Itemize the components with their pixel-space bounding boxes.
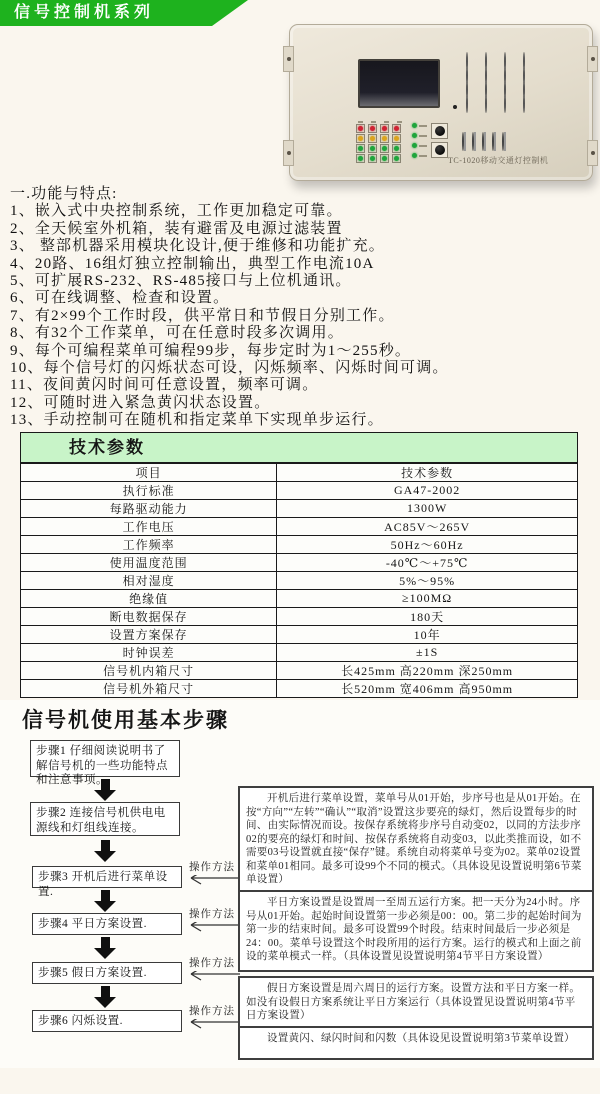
table-row: 信号机外箱尺寸长520mm 宽406mm 高950mm bbox=[21, 680, 577, 698]
feature-item: 12、可随时进入紧急黄闪状态设置。 bbox=[10, 395, 480, 412]
table-row: 时钟误差±1S bbox=[21, 644, 577, 662]
tech-params-title: 技术参数 bbox=[21, 433, 577, 463]
feature-item: 9、每个可编程菜单可编程99步，每步定时为1～255秒。 bbox=[10, 343, 480, 360]
feature-item: 3、 整部机器采用模块化设计,便于维修和功能扩充。 bbox=[10, 238, 480, 255]
table-row: 设置方案保存10年 bbox=[21, 626, 577, 644]
feature-item: 8、有32个工作菜单，可在任意时段多次调用。 bbox=[10, 325, 480, 342]
tech-params-section: 技术参数 项目技术参数 执行标准GA47-2002 每路驱动能力1300W 工作… bbox=[20, 432, 578, 698]
device-function-buttons bbox=[462, 133, 506, 151]
signal-led-grid bbox=[356, 121, 402, 164]
series-banner: 信号控制机系列 bbox=[0, 0, 212, 26]
table-row: 断电数据保存180天 bbox=[21, 608, 577, 626]
arrow-left-icon bbox=[184, 875, 240, 887]
feature-item: 7、有2×99个工作时段，供平常日和节假日分别工作。 bbox=[10, 308, 480, 325]
arrow-down-icon bbox=[94, 779, 116, 801]
feature-list: 一.功能与特点: 1、嵌入式中央控制系统，工作更加稳定可靠。 2、全天候室外机箱… bbox=[10, 186, 480, 430]
step-box-4: 步骤4 平日方案设置. bbox=[32, 913, 182, 935]
note-box-weekday-plan: 平日方案设置是设置周一至周五运行方案。把一天分为24小时。序号从01开始。起始时… bbox=[238, 890, 594, 972]
arrow-down-icon bbox=[94, 937, 116, 959]
device-model-label: TC-1020移动交通灯控制机 bbox=[448, 155, 558, 166]
device-keypad bbox=[466, 53, 536, 109]
method-connector: 操作方法 bbox=[184, 859, 240, 892]
feature-item: 13、手动控制可在随机和指定菜单下实现单步运行。 bbox=[10, 412, 480, 429]
feature-item: 4、20路、16组灯独立控制输出，典型工作电流10A bbox=[10, 256, 480, 273]
feature-item: 1、嵌入式中央控制系统，工作更加稳定可靠。 bbox=[10, 203, 480, 220]
series-title: 信号控制机系列 bbox=[0, 0, 212, 26]
method-label: 操作方法 bbox=[184, 859, 240, 874]
feature-item: 2、全天候室外机箱，装有避雷及电源过滤装置 bbox=[10, 221, 480, 238]
arrow-down-icon bbox=[94, 840, 116, 862]
step-box-5: 步骤5 假日方案设置. bbox=[32, 962, 182, 984]
arrow-down-icon bbox=[94, 986, 116, 1008]
table-row: 信号机内箱尺寸长425mm 高220mm 深250mm bbox=[21, 662, 577, 680]
feature-item: 6、可在线调整、检查和设置。 bbox=[10, 290, 480, 307]
feature-item: 10、每个信号灯的闪烁状态可设，闪烁频率、闪烁时间可调。 bbox=[10, 360, 480, 377]
feature-item: 11、夜间黄闪时间可任意设置，频率可调。 bbox=[10, 377, 480, 394]
table-row: 使用温度范围-40℃～+75℃ bbox=[21, 554, 577, 572]
method-connector: 操作方法 bbox=[184, 955, 240, 988]
table-row: 每路驱动能力1300W bbox=[21, 500, 577, 518]
note-box-menu-setting: 开机后进行菜单设置，菜单号从01开始，步序号也是从01开始。在按“方向”“左转”… bbox=[238, 786, 594, 893]
arrow-left-icon bbox=[184, 1019, 240, 1031]
method-connector: 操作方法 bbox=[184, 906, 240, 939]
document-page: 信号控制机系列 bbox=[0, 0, 600, 1094]
device-lcd-screen bbox=[358, 59, 440, 108]
status-led-column bbox=[412, 123, 427, 163]
product-photo: TC-1020移动交通灯控制机 bbox=[283, 22, 595, 185]
table-row: 执行标准GA47-2002 bbox=[21, 482, 577, 500]
step-box-1: 步骤1 仔细阅读说明书了解信号机的一些功能特点和注意事项。 bbox=[30, 740, 180, 777]
tech-params-table: 项目技术参数 执行标准GA47-2002 每路驱动能力1300W 工作电压AC8… bbox=[21, 463, 577, 697]
note-box-flash-setting: 设置黄闪、绿闪时间和闪数（具体设见设置说明第3节菜单设置） bbox=[238, 1026, 594, 1060]
feature-heading: 一.功能与特点: bbox=[10, 186, 480, 203]
table-row: 相对湿度5%～95% bbox=[21, 572, 577, 590]
step-box-6: 步骤6 闪烁设置. bbox=[32, 1010, 182, 1032]
feature-item: 5、可扩展RS-232、RS-485接口与上位机通讯。 bbox=[10, 273, 480, 290]
method-label: 操作方法 bbox=[184, 1003, 240, 1018]
device-body: TC-1020移动交通灯控制机 bbox=[289, 24, 593, 181]
method-label: 操作方法 bbox=[184, 906, 240, 921]
flow-title: 信号机使用基本步骤 bbox=[22, 704, 229, 734]
note-box-holiday-plan: 假日方案设置是周六周日的运行方案。设置方法和平日方案一样。如没有设假日方案系统让… bbox=[238, 976, 594, 1029]
table-header-row: 项目技术参数 bbox=[21, 464, 577, 482]
arrow-down-icon bbox=[94, 890, 116, 912]
table-row: 工作频率50Hz～60Hz bbox=[21, 536, 577, 554]
indicator-dot bbox=[453, 105, 457, 109]
method-connector: 操作方法 bbox=[184, 1003, 240, 1036]
step-box-2: 步骤2 连接信号机供电电源线和灯组线连接。 bbox=[30, 802, 180, 836]
arrow-left-icon bbox=[184, 922, 240, 934]
manual-buttons bbox=[431, 123, 448, 161]
arrow-left-icon bbox=[184, 971, 240, 983]
table-row: 工作电压AC85V～265V bbox=[21, 518, 577, 536]
table-row: 绝缘值≥100MΩ bbox=[21, 590, 577, 608]
step-box-3: 步骤3 开机后进行菜单设置. bbox=[32, 866, 182, 888]
method-label: 操作方法 bbox=[184, 955, 240, 970]
